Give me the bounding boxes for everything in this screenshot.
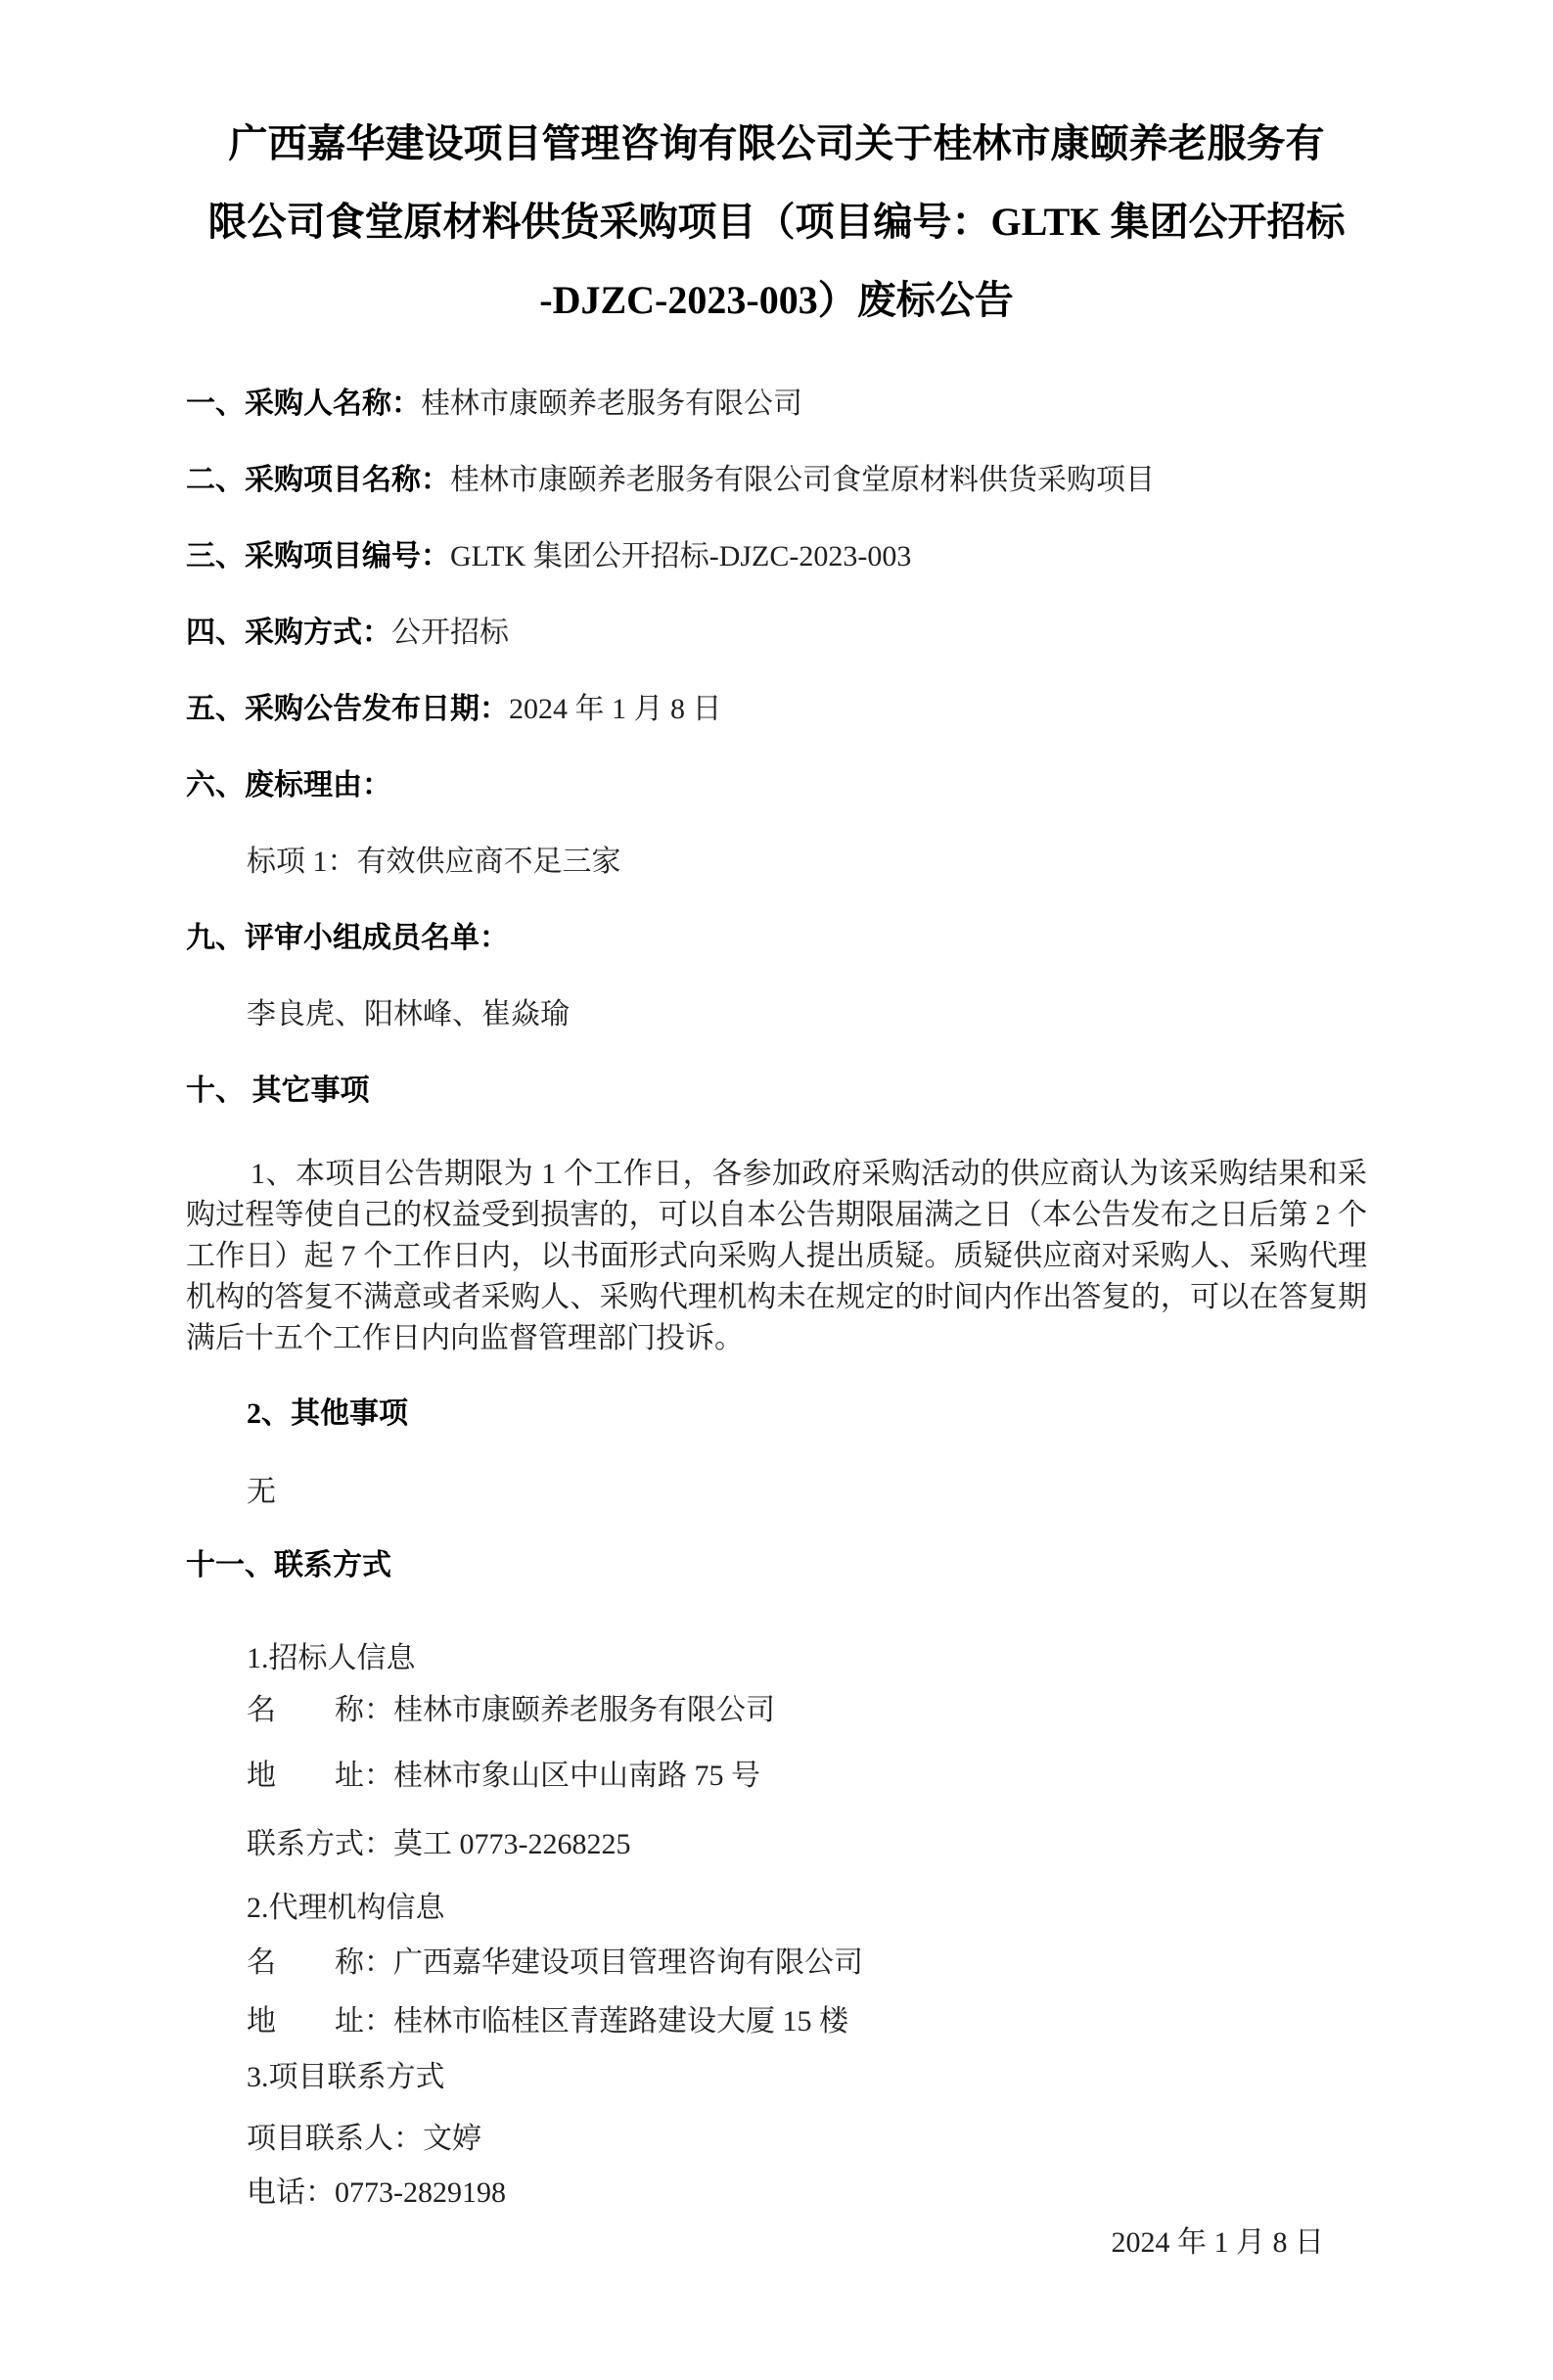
agency-address-value: 桂林市临桂区青莲路建设大厦 15 楼	[393, 2005, 848, 2037]
review-panel-members-text: 李良虎、阳林峰、崔焱瑜	[247, 998, 570, 1030]
item-purchaser-name-label: 一、采购人名称：	[186, 388, 421, 420]
other-matters-heading-label: 十、 其它事项	[186, 1075, 370, 1107]
project-phone-label: 电话：	[247, 2176, 335, 2209]
title-line-2: 限公司食堂原材料供货采购项目（项目编号：GLTK 集团公开招标	[186, 183, 1367, 261]
item-procurement-method-value: 公开招标	[391, 617, 509, 649]
item-announcement-date-label: 五、采购公告发布日期：	[186, 693, 509, 725]
other-matters-paragraph: 1、本项目公告期限为 1 个工作日，各参加政府采购活动的供应商认为该采购结果和采…	[186, 1154, 1367, 1359]
project-contact-person-line: 项目联系人：文婷	[186, 2120, 1367, 2159]
item-project-name-value: 桂林市康颐养老服务有限公司食堂原材料供货采购项目	[450, 464, 1155, 496]
review-panel-heading: 九、评审小组成员名单：	[186, 919, 1367, 958]
cancellation-reason-detail-text: 标项 1：有效供应商不足三家	[247, 846, 621, 878]
project-phone-value: 0773-2829198	[335, 2176, 506, 2209]
item-project-number: 三、采购项目编号：GLTK 集团公开招标-DJZC-2023-003	[186, 537, 1367, 576]
project-phone-line: 电话：0773-2829198	[186, 2174, 1367, 2213]
bidder-address-line: 地 址：桂林市象山区中山南路 75 号	[186, 1757, 1367, 1796]
item-announcement-date-value: 2024 年 1 月 8 日	[509, 693, 722, 725]
bidder-name-line: 名 称：桂林市康颐养老服务有限公司	[186, 1691, 1367, 1730]
agency-address-line: 地 址：桂林市临桂区青莲路建设大厦 15 楼	[186, 2002, 1367, 2041]
item-project-number-value: GLTK 集团公开招标-DJZC-2023-003	[450, 540, 911, 572]
item-procurement-method-label: 四、采购方式：	[186, 617, 391, 649]
agency-info-heading-text: 2.代理机构信息	[247, 1892, 445, 1924]
title-line-3: -DJZC-2023-003）废标公告	[186, 261, 1367, 340]
contact-section-heading-label: 十一、联系方式	[186, 1549, 391, 1581]
footer-date: 2024 年 1 月 8 日	[186, 2223, 1367, 2263]
item-purchaser-name-value: 桂林市康颐养老服务有限公司	[421, 388, 802, 420]
bidder-contact-line: 联系方式：莫工 0773-2268225	[186, 1825, 1367, 1864]
project-contact-heading: 3.项目联系方式	[186, 2058, 1367, 2097]
other-matters-sub-value: 无	[186, 1473, 1367, 1512]
contact-section-heading: 十一、联系方式	[186, 1546, 1367, 1585]
bidder-contact-value: 莫工 0773-2268225	[393, 1828, 631, 1860]
agency-info-heading: 2.代理机构信息	[186, 1889, 1367, 1928]
item-procurement-method: 四、采购方式：公开招标	[186, 614, 1367, 653]
other-matters-sub-heading-label: 2、其他事项	[247, 1397, 408, 1430]
bidder-info-heading-text: 1.招标人信息	[247, 1642, 416, 1674]
bidder-contact-label: 联系方式：	[247, 1828, 393, 1860]
project-contact-person-value: 文婷	[423, 2123, 481, 2155]
project-contact-heading-text: 3.项目联系方式	[247, 2061, 445, 2093]
item-project-name: 二、采购项目名称：桂林市康颐养老服务有限公司食堂原材料供货采购项目	[186, 461, 1367, 500]
item-purchaser-name: 一、采购人名称：桂林市康颐养老服务有限公司	[186, 385, 1367, 424]
other-matters-heading: 十、 其它事项	[186, 1072, 1367, 1111]
item-announcement-date: 五、采购公告发布日期：2024 年 1 月 8 日	[186, 690, 1367, 729]
agency-name-line: 名 称：广西嘉华建设项目管理咨询有限公司	[186, 1944, 1367, 1983]
bidder-address-label: 地 址：	[247, 1760, 393, 1792]
review-panel-heading-label: 九、评审小组成员名单：	[186, 922, 509, 954]
bidder-name-label: 名 称：	[247, 1694, 393, 1726]
review-panel-members: 李良虎、阳林峰、崔焱瑜	[186, 995, 1367, 1034]
cancellation-reason-detail: 标项 1：有效供应商不足三家	[186, 843, 1367, 882]
document-page: 广西嘉华建设项目管理咨询有限公司关于桂林市康颐养老服务有 限公司食堂原材料供货采…	[0, 0, 1553, 2380]
footer-date-text: 2024 年 1 月 8 日	[1112, 2226, 1325, 2259]
item-project-name-label: 二、采购项目名称：	[186, 464, 450, 496]
bidder-info-heading: 1.招标人信息	[186, 1639, 1367, 1678]
bidder-address-value: 桂林市象山区中山南路 75 号	[393, 1760, 760, 1792]
other-matters-sub-value-text: 无	[247, 1476, 276, 1508]
agency-name-value: 广西嘉华建设项目管理咨询有限公司	[393, 1946, 863, 1979]
bidder-name-value: 桂林市康颐养老服务有限公司	[393, 1694, 775, 1726]
item-project-number-label: 三、采购项目编号：	[186, 540, 450, 572]
item-cancellation-reason-heading: 六、废标理由：	[186, 766, 1367, 805]
other-matters-sub-heading: 2、其他事项	[186, 1395, 1367, 1434]
project-contact-person-label: 项目联系人：	[247, 2123, 423, 2155]
item-cancellation-reason-label: 六、废标理由：	[186, 769, 391, 801]
agency-address-label: 地 址：	[247, 2005, 393, 2037]
notice-title: 广西嘉华建设项目管理咨询有限公司关于桂林市康颐养老服务有 限公司食堂原材料供货采…	[186, 0, 1367, 340]
agency-name-label: 名 称：	[247, 1946, 393, 1979]
title-line-1: 广西嘉华建设项目管理咨询有限公司关于桂林市康颐养老服务有	[186, 105, 1367, 183]
